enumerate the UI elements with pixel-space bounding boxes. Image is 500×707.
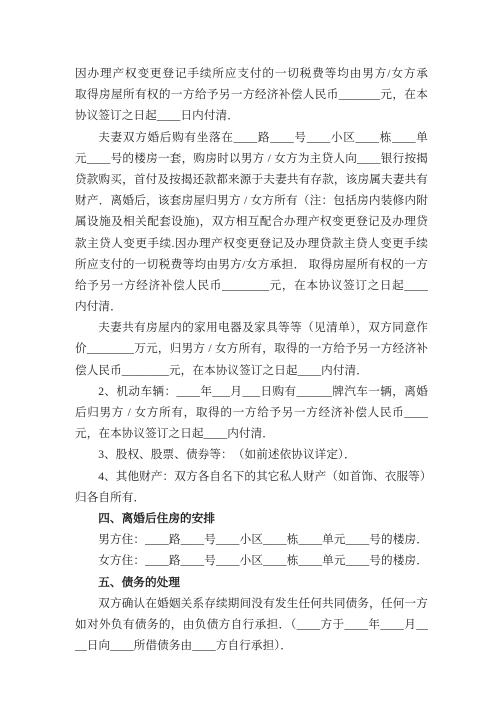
text-line: 2、机动车辆：____年___月___日购有______牌汽车一辆，离婚 [75, 381, 428, 402]
text-line: 给予另一方经济补偿人民币________元，在本协议签订之日起____ [75, 275, 428, 296]
text-line: 内付清． [75, 296, 428, 317]
text-line: 男方住：____路____号____小区____栋____单元____号的楼房． [75, 529, 428, 550]
text-line: 财产．离婚后，该套房屋归男方 / 女方所有（注：包括房内装修内附 [75, 190, 428, 211]
text-line: 夫妻共有房屋内的家用电器及家具等等（见清单），双方同意作 [75, 317, 428, 338]
text-line: 因办理产权变更登记手续所应支付的一切税费等均由男方/女方承担． [75, 63, 428, 84]
text-line: 款主贷人变更手续.因办理产权变更登记及办理贷款主贷人变更手续 [75, 233, 428, 254]
document-page: 因办理产权变更登记手续所应支付的一切税费等均由男方/女方承担．取得房屋所有权的一… [0, 0, 500, 707]
text-line: 双方确认在婚姻关系存续期间没有发生任何共同债务，任何一方 [75, 593, 428, 614]
text-line: 四、离婚后住房的安排 [75, 508, 428, 529]
text-line: 后归男方 / 女方所有，取得的一方给予另一方经济补偿人民币____ [75, 402, 428, 423]
text-line: 取得房屋所有权的一方给予另一方经济补偿人民币_______元，在本 [75, 84, 428, 105]
text-line: 3、股权、股票、债券等： （如前述依协议详定）． [75, 444, 428, 465]
text-line: 贷款购买，首付及按揭还款都来源于夫妻共有存款，该房属夫妻共有 [75, 169, 428, 190]
text-line: 归各自所有． [75, 487, 428, 508]
text-line: 偿人民币________元，在本协议签订之日起____内付清． [75, 360, 428, 381]
text-line: 协议签订之日起____日内付清． [75, 105, 428, 126]
text-line: 4、其他财产：双方各自名下的其它私人财产（如首饰、衣服等） [75, 466, 428, 487]
text-line: 所应支付的一切税费等均由男方/女方承担． 取得房屋所有权的一方 [75, 254, 428, 275]
text-line: 五、债务的处理 [75, 572, 428, 593]
text-line: 属设施及相关配套设施)，双方相互配合办理产权变更登记及办理贷 [75, 211, 428, 232]
text-line: 女方住：____路____号____小区____栋____单元____号的楼房． [75, 550, 428, 571]
text-line: 夫妻双方婚后购有坐落在____路____号____小区____栋____单 [75, 127, 428, 148]
text-line: 元____号的楼房一套，购房时以男方 / 女方为主贷人向____银行按揭 [75, 148, 428, 169]
document-body: 因办理产权变更登记手续所应支付的一切税费等均由男方/女方承担．取得房屋所有权的一… [75, 63, 428, 656]
text-line: 元，在本协议签订之日起____内付清． [75, 423, 428, 444]
text-line: __日向____所借债务由____方自行承担）． [75, 635, 428, 656]
text-line: 价________万元，归男方 / 女方所有，取得的一方给予另一方经济补 [75, 338, 428, 359]
text-line: 如对外负有债务的，由负债方自行承担．（____方于____年____月__ [75, 614, 428, 635]
